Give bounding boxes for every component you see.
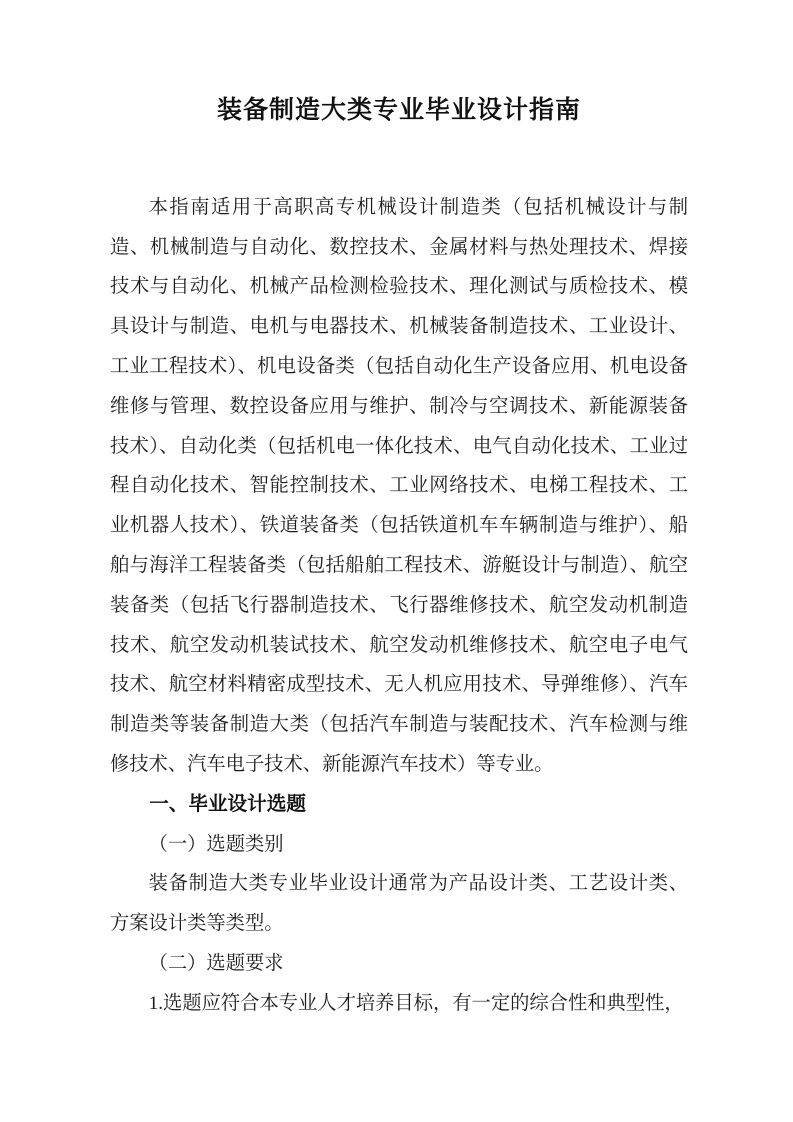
sub-heading-topic-category: （一）选题类别 — [110, 825, 688, 865]
document-title: 装备制造大类专业毕业设计指南 — [110, 91, 688, 131]
document-page: 装备制造大类专业毕业设计指南 本指南适用于高职高专机械设计制造类（包括机械设计与… — [0, 0, 793, 1122]
document-content: 装备制造大类专业毕业设计指南 本指南适用于高职高专机械设计制造类（包括机械设计与… — [0, 91, 793, 1024]
paragraph-topic-requirement-1: 1.选题应符合本专业人才培养目标，有一定的综合性和典型性， — [110, 984, 688, 1024]
paragraph-intro: 本指南适用于高职高专机械设计制造类（包括机械设计与制造、机械制造与自动化、数控技… — [110, 188, 688, 785]
section-heading-topic-selection: 一、毕业设计选题 — [110, 785, 688, 825]
sub-heading-topic-requirements: （二）选题要求 — [110, 944, 688, 984]
paragraph-topic-category: 装备制造大类专业毕业设计通常为产品设计类、工艺设计类、方案设计类等类型。 — [110, 864, 688, 944]
